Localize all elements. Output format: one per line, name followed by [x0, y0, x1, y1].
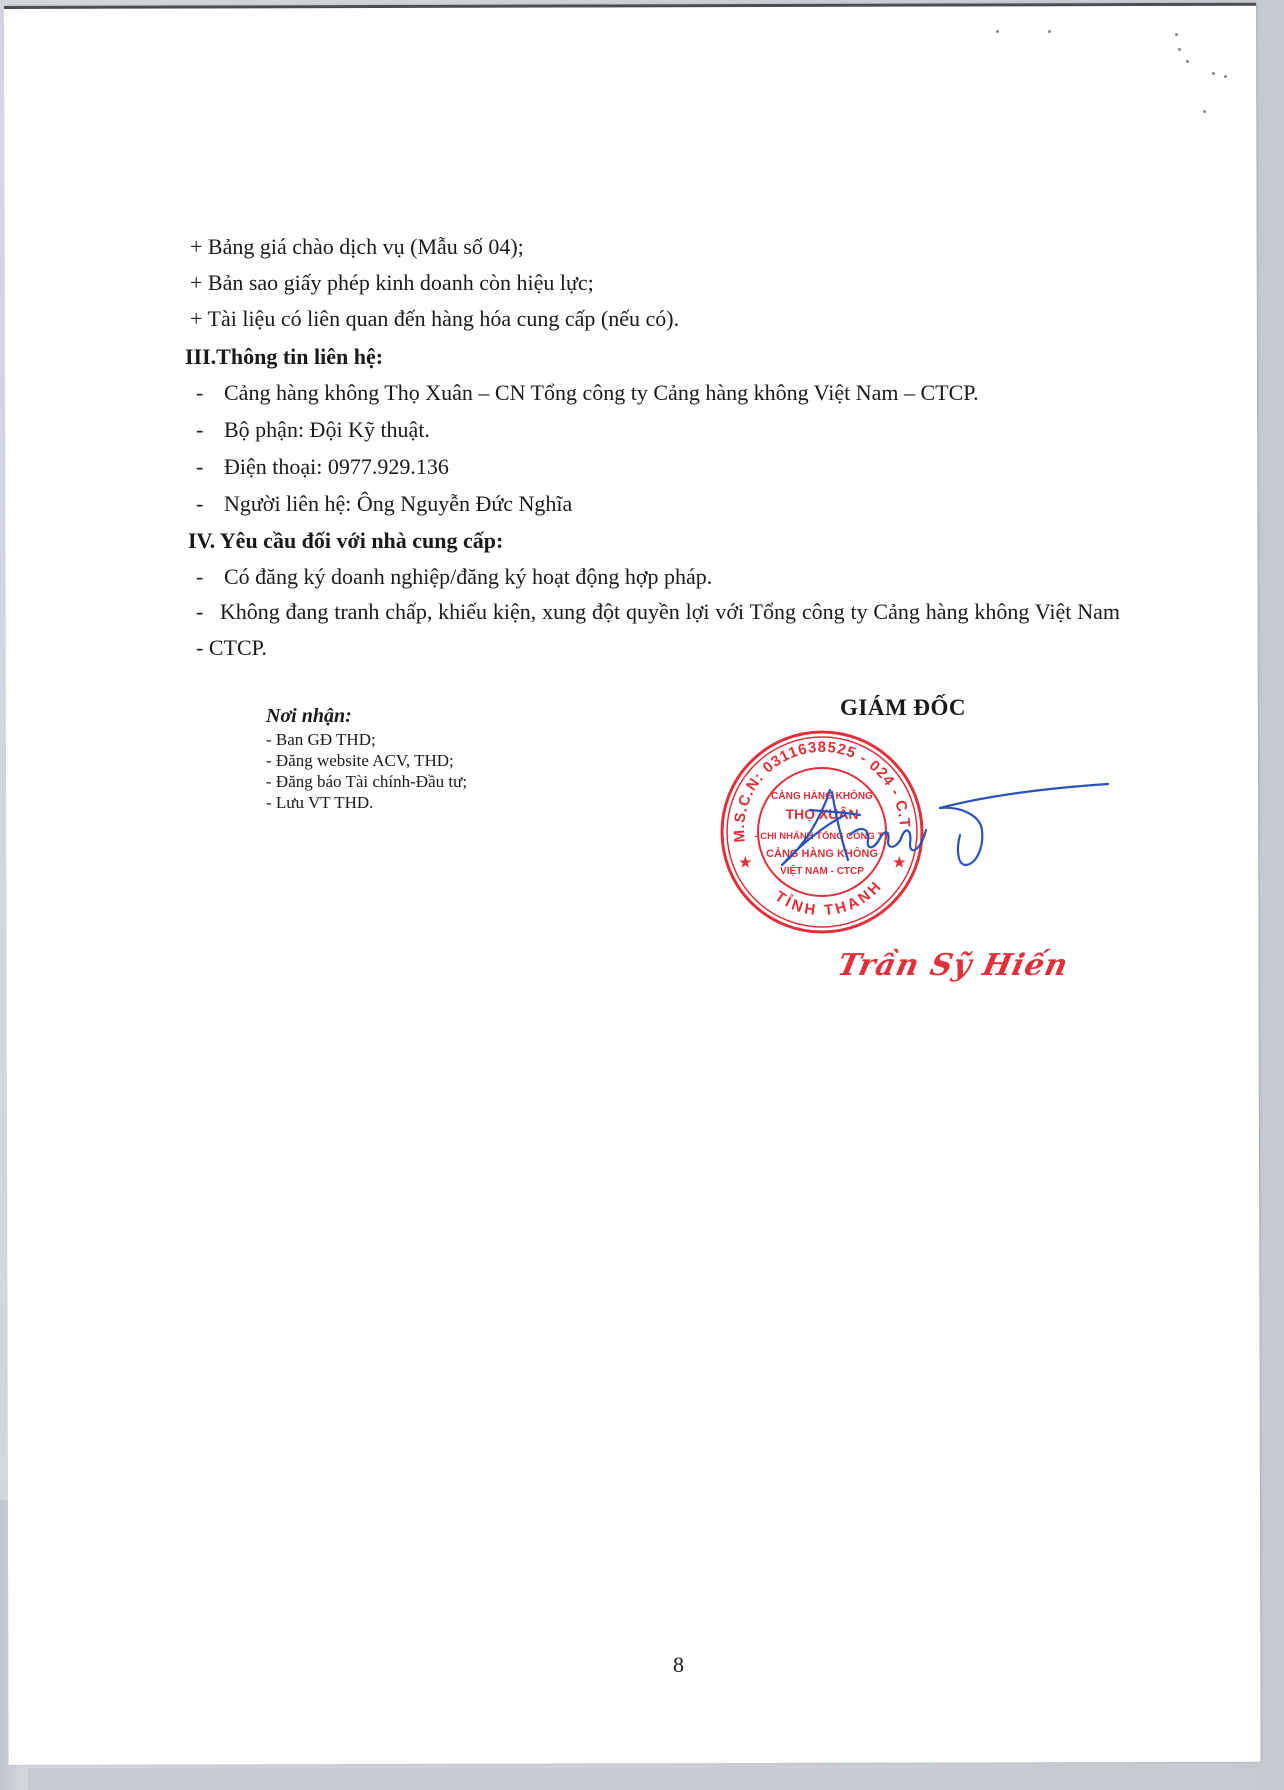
requirement-item: - Không đang tranh chấp, khiếu kiện, xun…	[196, 594, 1120, 666]
contact-item-text: Bộ phận: Đội Kỹ thuật.	[224, 417, 430, 442]
recipient-item: - Đăng báo Tài chính-Đầu tư;	[266, 771, 467, 792]
contact-item-text: Người liên hệ: Ông Nguyễn Đức Nghĩa	[224, 491, 572, 516]
contact-item: -Cảng hàng không Thọ Xuân – CN Tổng công…	[196, 382, 979, 404]
contact-item-text: Điện thoại: 0977.929.136	[224, 454, 449, 479]
contact-item: -Điện thoại: 0977.929.136	[196, 456, 449, 478]
recipients-block: Nơi nhận: - Ban GĐ THD; - Đăng website A…	[266, 706, 467, 813]
recipient-item: - Đăng website ACV, THD;	[266, 750, 467, 771]
requirement-item-text: Không đang tranh chấp, khiếu kiện, xung …	[196, 599, 1120, 660]
recipients-title: Nơi nhận:	[266, 706, 467, 727]
requirement-item-text: Có đăng ký doanh nghiệp/đăng ký hoạt độn…	[224, 564, 712, 589]
attachment-item: + Tài liệu có liên quan đến hàng hóa cun…	[190, 308, 679, 330]
document-page	[4, 3, 1261, 1765]
svg-text:★: ★	[739, 854, 752, 870]
recipient-item: - Ban GĐ THD;	[266, 729, 467, 750]
director-title: GIÁM ĐỐC	[840, 695, 966, 721]
requirement-item: -Có đăng ký doanh nghiệp/đăng ký hoạt độ…	[196, 566, 712, 588]
section-heading: III.Thông tin liên hệ:	[185, 346, 383, 368]
scan-edge-bottom	[28, 1768, 1258, 1790]
contact-item: -Người liên hệ: Ông Nguyễn Đức Nghĩa	[196, 493, 572, 515]
signature-icon	[770, 770, 1110, 880]
signer-name: Trần Sỹ Hiến	[834, 948, 1071, 983]
section-heading: IV. Yêu cầu đối với nhà cung cấp:	[188, 530, 503, 552]
attachment-item: + Bản sao giấy phép kinh doanh còn hiệu …	[190, 272, 594, 294]
attachment-item: + Bảng giá chào dịch vụ (Mẫu số 04);	[190, 236, 524, 258]
page-number: 8	[673, 1652, 684, 1678]
contact-item-text: Cảng hàng không Thọ Xuân – CN Tổng công …	[224, 380, 979, 405]
contact-item: -Bộ phận: Đội Kỹ thuật.	[196, 419, 430, 441]
recipient-item: - Lưu VT THD.	[266, 792, 467, 813]
